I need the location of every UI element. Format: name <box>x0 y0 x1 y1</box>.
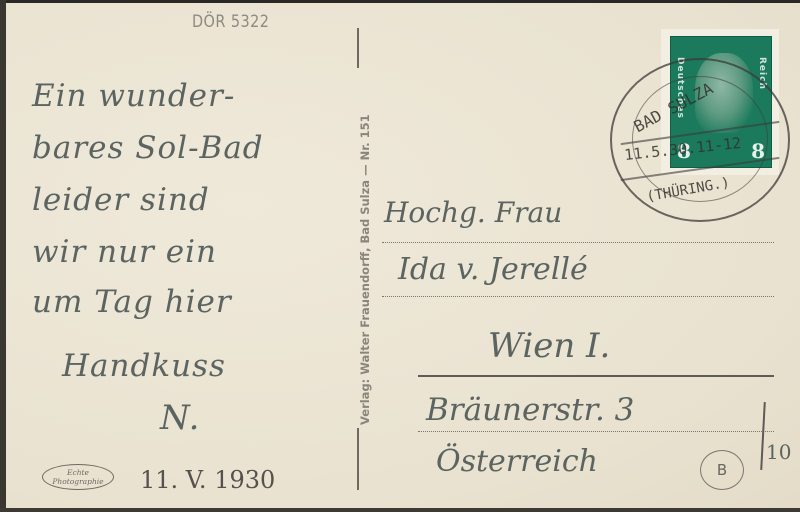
message-line-5: um Tag hier <box>32 284 232 320</box>
address-line-1 <box>382 242 774 243</box>
postmark: BAD SULZA 11.5.30.11-12 (THÜRING.) <box>610 58 790 222</box>
publisher-imprint: Verlag: Walter Frauendorff, Bad Sulza — … <box>358 105 374 425</box>
archive-number: DÖR 5322 <box>192 12 269 32</box>
message-line-6: Handkuss <box>62 348 226 384</box>
address-country: Österreich <box>436 444 598 479</box>
message-line-4: wir nur ein <box>32 234 217 270</box>
card-bottom-edge <box>0 508 800 512</box>
center-divider-bottom <box>357 428 359 490</box>
address-street: Bräunerstr. 3 <box>426 392 634 428</box>
photo-mark-line-2: Photographie <box>43 477 113 486</box>
address-line-3 <box>418 375 774 377</box>
message-line-1: Ein wunder- <box>32 78 235 114</box>
address-name: Ida v. Jerellé <box>398 252 588 287</box>
address-city: Wien I. <box>488 326 610 366</box>
circled-b-mark: B <box>700 450 744 490</box>
address-line-2 <box>382 296 774 297</box>
address-line-4 <box>418 431 774 432</box>
address-apartment: 10 <box>766 440 791 464</box>
photo-mark-line-1: Echte <box>43 468 113 477</box>
echte-photographie-mark: Echte Photographie <box>42 464 114 490</box>
message-date: 11. V. 1930 <box>140 466 275 494</box>
address-salutation: Hochg. Frau <box>384 196 562 229</box>
message-line-3: leider sind <box>32 182 210 218</box>
message-line-2: bares Sol-Bad <box>32 130 264 166</box>
signature: N. <box>160 398 200 438</box>
center-divider-top <box>357 28 359 68</box>
